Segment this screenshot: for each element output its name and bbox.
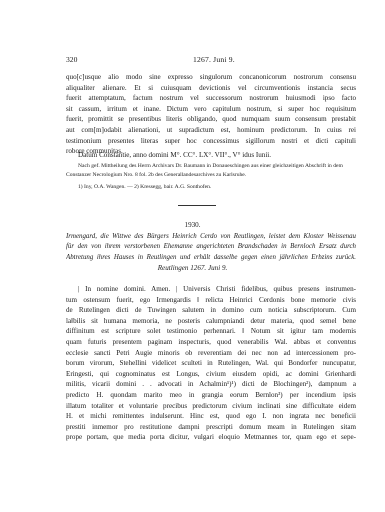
text-line: illatum totaliter et voluntarie precibus… <box>66 401 356 412</box>
text-line: sit cassum, irritum et inane. Dictum ver… <box>66 104 356 115</box>
text-line: diffinitum est scripture solet testimoni… <box>66 326 356 337</box>
text-line: la‖bilis sit humana memoria, ne posteris… <box>66 316 356 327</box>
text-line: predicto H. quondam marito meo in grangi… <box>66 390 356 401</box>
text-line: prestiti inmemor pro restitutione dampni… <box>66 422 356 433</box>
summary-line: Irmengard, die Wittwe des Bürgers Heinri… <box>66 232 356 242</box>
place-date: Reutlingen 1267. Juni 9. <box>0 264 385 272</box>
document-number: 1930. <box>0 221 385 229</box>
summary-line: Abtretung ihres Hauses in Reutlingen und… <box>66 253 356 263</box>
summary-line: für den von ihrem verstorbenen Ehemanne … <box>66 242 356 252</box>
running-header: 320 1267. Juni 9. <box>66 55 356 67</box>
text-line: ecclesie sancti Petri Augie minoris ob r… <box>66 348 356 359</box>
text-line: | In nomine domini. Amen. | Universis Ch… <box>66 284 356 295</box>
text-line: tum ostensum fuerit, ego Irmengardis ‖ r… <box>66 295 356 306</box>
text-line: aut com[m]odabit alienationi, ut supradi… <box>66 125 356 136</box>
page-number: 320 <box>66 55 77 64</box>
header-date: 1267. Juni 9. <box>193 55 235 64</box>
text-line: testimonium presentes literas super hoc … <box>66 136 356 147</box>
text-line: quo[c]usque alio modo sine expresso sing… <box>66 72 356 83</box>
text-line: militis, vicarii domini . . advocati in … <box>66 379 356 390</box>
text-line: prope portam, que media porta dicitur, v… <box>66 432 356 443</box>
text-line: borum virorum, Stehellini videlicet scul… <box>66 358 356 369</box>
text-line: fuerit, promittit se presentibus literis… <box>66 114 356 125</box>
datum-line: Datum Constantie, anno domini M°. CC°. L… <box>78 151 271 159</box>
document-summary: Irmengard, die Wittwe des Bürgers Heinri… <box>66 232 356 263</box>
text-line: fuerit attemptatum, factum nostrum vel s… <box>66 93 356 104</box>
text-line: de Rutelingen dicti de Tuwingen salutem … <box>66 305 356 316</box>
paragraph-charter-text: | In nomine domini. Amen. | Universis Ch… <box>66 284 356 443</box>
text-line: aliqualiter alienare. Et si cuiusquam de… <box>66 83 356 94</box>
section-divider <box>178 205 216 206</box>
text-line: H. et michi remittentes indulserunt. Hin… <box>66 411 356 422</box>
source-note: Nach gef. Mittheilung des Herrn Archivar… <box>66 162 356 180</box>
document-page: 320 1267. Juni 9. quo[c]usque alio modo … <box>0 0 385 512</box>
footnotes: 1) Iny, O.A. Wangen. — 2) Kressegg, bair… <box>78 183 368 192</box>
paragraph-previous-document: quo[c]usque alio modo sine expresso sing… <box>66 72 356 157</box>
text-line: quam futuris presentem paginam inspectur… <box>66 337 356 348</box>
text-line: Eringesti, qui cognominatus est Longus, … <box>66 369 356 380</box>
